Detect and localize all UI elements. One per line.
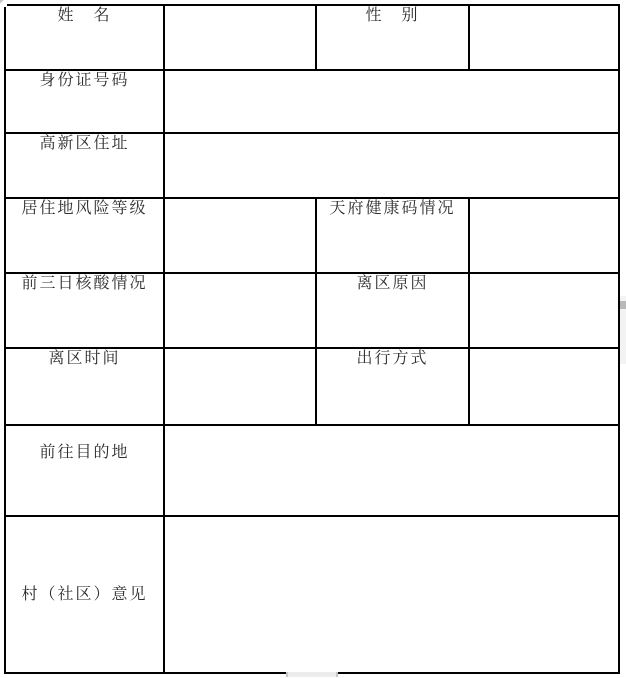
table-row: 前三日核酸情况 离区原因 (5, 273, 619, 348)
label-id-number: 身份证号码 (5, 70, 164, 133)
table-row: 离区时间 出行方式 (5, 348, 619, 425)
table-row: 姓 名 性 别 (5, 5, 619, 70)
value-travel-mode[interactable] (469, 348, 619, 425)
value-health-code[interactable] (469, 198, 619, 273)
label-address: 高新区住址 (5, 133, 164, 198)
vertical-scrollbar-thumb[interactable] (620, 301, 626, 309)
value-nucleic-acid[interactable] (164, 273, 316, 348)
label-leave-time: 离区时间 (5, 348, 164, 425)
label-leave-reason: 离区原因 (316, 273, 469, 348)
label-gender: 性 别 (316, 5, 469, 70)
label-health-code: 天府健康码情况 (316, 198, 469, 273)
corner-artifact (0, 0, 7, 7)
label-destination: 前往目的地 (5, 425, 164, 516)
form-table: 姓 名 性 别 身份证号码 高新区住址 居住地风险等级 天府健康码情况 前三日核… (4, 4, 620, 674)
value-address[interactable] (164, 133, 619, 198)
label-nucleic-acid: 前三日核酸情况 (5, 273, 164, 348)
label-travel-mode: 出行方式 (316, 348, 469, 425)
table-row: 高新区住址 (5, 133, 619, 198)
table-row: 身份证号码 (5, 70, 619, 133)
horizontal-scrollbar-thumb[interactable] (286, 672, 338, 677)
table-row: 前往目的地 (5, 425, 619, 516)
label-community-opinion: 村（社区）意见 (5, 516, 164, 673)
value-gender[interactable] (469, 5, 619, 70)
value-destination[interactable] (164, 425, 619, 516)
label-risk-level: 居住地风险等级 (5, 198, 164, 273)
table-row: 居住地风险等级 天府健康码情况 (5, 198, 619, 273)
value-leave-reason[interactable] (469, 273, 619, 348)
value-leave-time[interactable] (164, 348, 316, 425)
label-name: 姓 名 (5, 5, 164, 70)
value-name[interactable] (164, 5, 316, 70)
value-risk-level[interactable] (164, 198, 316, 273)
value-id-number[interactable] (164, 70, 619, 133)
document-page: 姓 名 性 别 身份证号码 高新区住址 居住地风险等级 天府健康码情况 前三日核… (0, 0, 626, 678)
table-row: 村（社区）意见 (5, 516, 619, 673)
value-community-opinion[interactable] (164, 516, 619, 673)
